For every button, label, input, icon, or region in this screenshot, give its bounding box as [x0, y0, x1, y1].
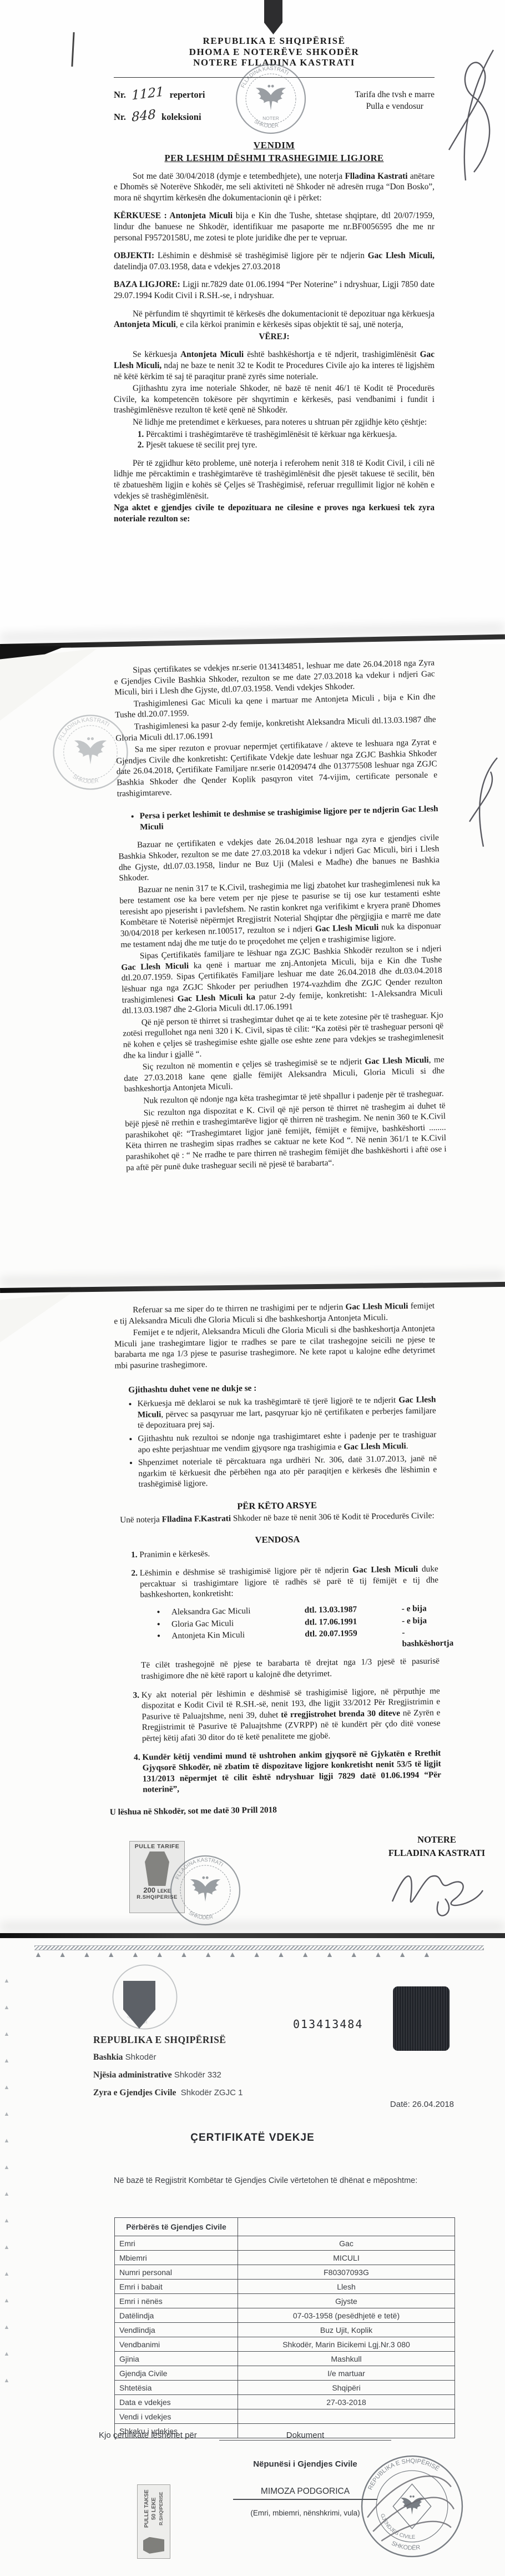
koleksioni-handwritten-value: 848	[132, 109, 156, 123]
table-row: GjiniaMashkull	[115, 2352, 455, 2366]
admin-unit-line: Njësia administrative Shkodër 332	[93, 2066, 243, 2084]
officer-note: (Emri, mbiemri, nënshkrimi, vula)	[233, 2509, 377, 2517]
certificate-border-triangles: ▲ ▲ ▲ ▲ ▲ ▲ ▲ ▲ ▲ ▲ ▲ ▲ ▲ ▲ ▲ ▲ ▲	[34, 1950, 484, 1959]
republic-line: REPUBLIKA E SHQIPËRISË	[93, 2031, 243, 2049]
table-header-row: Përbërës të Gjendjes Civile	[115, 2218, 455, 2236]
civil-status-table: Përbërës të Gjendjes Civile EmriGac Mbie…	[114, 2217, 455, 2438]
table-row: Emri i babaitLlesh	[115, 2280, 455, 2294]
paragraph: Për të zgjidhur këto probleme, unë noter…	[114, 458, 435, 501]
decision-item: Lëshimin e dëshmise së trashigimisë ligj…	[140, 1564, 440, 1682]
heir-name: Antonjeta Kin Miculi	[171, 1629, 305, 1653]
issued-for-value: Dokument	[219, 2431, 391, 2441]
page3-content: Referuar sa me siper do te thirren ne tr…	[114, 1300, 442, 1818]
shares-note: Të cilët trashegojnë në pjese te barabar…	[141, 1656, 440, 1682]
decision-title: VENDIM	[114, 140, 435, 151]
table-row: MbiemriMICULI	[115, 2251, 455, 2265]
heir-row: • Antonjeta Kin Miculi dtl. 20.07.1959 -…	[157, 1627, 439, 1653]
fees-note: Tarifa dhe tvsh e marre Pulla e vendosur	[355, 89, 435, 112]
municipality-line: Bashkia Shkodër	[93, 2049, 243, 2066]
paragraph: Sa me siper rezuton e provuar nepermjet …	[116, 737, 438, 799]
civil-office-round-stamp-faint: SHKODËR	[109, 1961, 181, 2033]
paragraph: Bazuar ne nenin 317 te K.Civil, trashegi…	[119, 877, 442, 950]
tax-stamp-pulle-takse: PULLE TAKSE 50 LEKE R.SHQIPERISE	[137, 2484, 170, 2559]
table-row: VendlindjaBuz Ujit, Koplik	[115, 2323, 455, 2337]
svg-text:NOTER: NOTER	[262, 115, 279, 121]
bullet-heading: Persa i perket leshimit te deshmise se t…	[139, 803, 438, 832]
officer-title: Nëpunësi i Gjendjes Civile	[233, 2459, 377, 2469]
notary-name: FLLADINA KASTRATI	[373, 1847, 501, 1860]
table-row: VendbanimiShkodër, Marin Bicikemi Lgj.Nr…	[115, 2337, 455, 2352]
pen-stroke-mark	[71, 32, 74, 67]
table-row: Vendi i vdekjes	[115, 2409, 455, 2424]
handwritten-signature	[384, 1860, 489, 1921]
heir-relation: - e bija	[402, 1615, 439, 1627]
svg-text:SHKODËR: SHKODËR	[126, 2013, 148, 2025]
barcode	[393, 1986, 450, 2051]
paragraph: Bazuar ne çertifikaten e vdekjes date 26…	[118, 832, 440, 883]
paragraph: Se kërkuesja Antonjeta Miculi është bash…	[114, 349, 435, 382]
chamber-header-line: DHOMA E NOTERËVE SHKODËR	[114, 47, 435, 58]
page-corner-wedge	[0, 1292, 72, 1342]
notary-round-stamp: FLLADINA KASTRATI SHKODËR	[49, 711, 132, 794]
certificate-header: REPUBLIKA E SHQIPËRISË Bashkia Shkodër N…	[93, 2031, 243, 2102]
paragraph: Në lidhje me pretendimet e kërkueses, pa…	[114, 417, 435, 428]
list-item: Gjithashtu nuk rezultoi se ndonje nga tr…	[138, 1429, 436, 1455]
table-row: ShtetësiaShqipëri	[115, 2381, 455, 2395]
decision-subtitle: PER LESHIM DËSHMI TRASHEGIMIE LIGJORE	[114, 153, 435, 164]
decision-item: Pranimin e kërkesës.	[139, 1545, 438, 1560]
death-certificate-page: ▲ ▲ ▲ ▲ ▲ ▲ ▲ ▲ ▲ ▲ ▲ ▲ ▲ ▲ ▲ ▲ ▲ ▲▲▲▲▲▲…	[0, 1933, 505, 2576]
topic-bullet: Persa i perket leshimit te deshmise se t…	[139, 803, 438, 832]
stamp-portrait-figure	[145, 1851, 169, 1886]
notes-list: Kërkuesja më deklaroi se nuk ka trashëgi…	[137, 1395, 437, 1490]
paragraph: Sot me datë 30/04/2018 (dymje e tetembed…	[114, 171, 435, 204]
verej-heading: VËREJ:	[114, 331, 435, 343]
notary-signature-block: NOTERE FLLADINA KASTRATI	[373, 1833, 501, 1925]
vendosa-heading: VENDOSA	[117, 1532, 438, 1547]
scanned-document: { "page1": { "header_lines": ["REPUBLIKA…	[0, 0, 505, 2576]
certificate-title: ÇERTIFIKATË VDEKJE	[0, 2132, 505, 2144]
issued-for-line: Kjo çertifikatë lëshohet për Dokument	[99, 2431, 391, 2441]
paragraph: Në përfundim të shqyrtimit të kërkesës d…	[114, 309, 435, 330]
paragraph-kerkuese: KËRKUESE : Antonjeta Miculi bija e Kin d…	[114, 210, 435, 243]
heir-name: Gloria Gac Miculi	[171, 1617, 305, 1629]
svg-text:FLLADINA KASTRATI: FLLADINA KASTRATI	[174, 1857, 224, 1880]
svg-text:REPUBLIKA E SHQIPËRISË: REPUBLIKA E SHQIPËRISË	[367, 2458, 440, 2491]
heir-dob: dtl. 13.03.1987	[305, 1603, 402, 1616]
handwritten-signature	[441, 44, 502, 189]
paragraph: Referuar sa me siper do te thirren ne tr…	[114, 1300, 435, 1326]
paragraph: Gjithashtu zyra ime noteriale Shkoder, n…	[114, 383, 435, 416]
handwritten-signature-partial	[464, 755, 503, 849]
table-row: Numri personalF80307093G	[115, 2265, 455, 2280]
heir-dob: dtl. 17.06.1991	[305, 1616, 402, 1628]
officer-block: Nëpunësi i Gjendjes Civile MIMOZA PODGOR…	[233, 2459, 377, 2517]
heir-relation: - e bija	[402, 1603, 439, 1614]
table-row: EmriGac	[115, 2236, 455, 2251]
stamp-portrait-figure	[143, 2537, 164, 2554]
heir-relation: - bashkëshortja	[402, 1627, 453, 1649]
svg-text:SHKODËR: SHKODËR	[72, 773, 99, 784]
table-row: Emri i nënësGjyste	[115, 2294, 455, 2308]
republic-header-line: REPUBLIKA E SHQIPËRISË	[114, 36, 435, 47]
certificate-date: Datë: 26.04.2018	[390, 2100, 454, 2109]
svg-text:SHKODËR: SHKODËR	[188, 1910, 214, 1921]
officer-name: MIMOZA PODGORICA	[233, 2487, 377, 2500]
page2-content: Sipas çertifikates se vdekjes nr.serie 0…	[114, 657, 447, 1173]
table-row: Gjendja CivileI/e martuar	[115, 2366, 455, 2381]
repertori-number: Nr. 1121 repertori	[114, 89, 205, 100]
notere-label: NOTERE	[373, 1833, 501, 1847]
page-corner-wedge	[0, 648, 97, 721]
civil-office-line: Zyra e Gjendjes Civile Shkodër ZGJC 1	[93, 2084, 243, 2102]
note-heading: Gjithashtu duhet vene ne dukje se :	[128, 1380, 436, 1395]
repertori-handwritten-value: 1121	[132, 87, 164, 102]
table-row: Data e vdekjes27-03-2018	[115, 2395, 455, 2409]
paragraph: Sic rezulton nga dispozitat e K. Civil q…	[125, 1100, 447, 1174]
svg-text:FLLADINA KASTRATI: FLLADINA KASTRATI	[240, 66, 290, 89]
decision-item: Kundër këtij vendimi mund të ushtrohen a…	[142, 1748, 441, 1795]
paragraph: Sipas Çertifikatës familjare te lëshuar …	[121, 943, 443, 1017]
svg-text:FLLADINA KASTRATI: FLLADINA KASTRATI	[58, 717, 110, 742]
certificate-left-border: ▲▲▲▲▲▲▲▲▲▲▲▲▲▲▲▲	[3, 1978, 10, 2560]
list-item: Kërkuesja më deklaroi se nuk ka trashëgi…	[137, 1395, 436, 1431]
page-edge-shadow	[0, 1933, 505, 1938]
notary-decision-page-3: Referuar sa me siper do te thirren ne tr…	[0, 1288, 505, 1933]
heir-name: Aleksandra Gac Miculi	[171, 1605, 305, 1618]
list-item: Shpenzimet noteriale të përcaktuara nga …	[138, 1453, 437, 1490]
paragraph-conclusion: Nga aktet e gjendjes civile te depozitua…	[114, 502, 435, 524]
paragraph-baza-ligjore: BAZA LIGJORE: Ligji nr.7829 date 01.06.1…	[114, 279, 435, 301]
table-row: Datëlindja07-03-1958 (pesëdhjetë e tetë)	[115, 2308, 455, 2323]
heir-dob: dtl. 20.07.1959	[305, 1628, 402, 1651]
heirs-list: • Aleksandra Gac Miculi dtl. 13.03.1987 …	[140, 1603, 440, 1653]
notary-round-stamp: FLLADINA KASTRATI SHKODËR	[166, 1851, 244, 1929]
issues-list: Përcaktimi i trashëgimtarëve të trashëgi…	[146, 429, 435, 451]
notary-decision-page-1: REPUBLIKA E SHQIPËRISË DHOMA E NOTERËVE …	[0, 0, 505, 644]
notary-decision-page-2: Sipas çertifikates se vdekjes nr.serie 0…	[0, 644, 505, 1288]
certificate-intro: Në bazë të Regjistrit Kombëtar të Gjendj…	[114, 2176, 447, 2185]
list-item: Përcaktimi i trashëgimtarëve të trashëgi…	[146, 429, 435, 440]
paragraph-objekti: OBJEKTI: Lëshimin e dëshmisë së trashëgi…	[114, 250, 435, 272]
decision-list: Pranimin e kërkesës. Lëshimin e dëshmise…	[139, 1545, 441, 1795]
koleksioni-number: Nr. 848 koleksioni	[114, 111, 201, 123]
civil-status-round-stamp: REPUBLIKA E SHQIPËRISË SHKODËR GJENDJES …	[358, 2452, 466, 2560]
decision-item: Ky akt noterial për lëshimin e dëshmisë …	[142, 1686, 441, 1744]
paragraph: Që një person të thirret si trashegimtar…	[123, 1010, 445, 1061]
certificate-serial-number: 013413484	[293, 2017, 363, 2031]
list-item: Pjesët takuese të secilit prej tyre.	[146, 440, 435, 451]
notary-round-stamp: FLLADINA KASTRATI SHKODËR NOTER	[232, 60, 310, 138]
issued-line: U lëshua në Shkodër, sot me datë 30 Pril…	[110, 1802, 442, 1818]
paragraph: Femijet e te ndjerit, Aleksandra Miculi …	[114, 1324, 436, 1371]
